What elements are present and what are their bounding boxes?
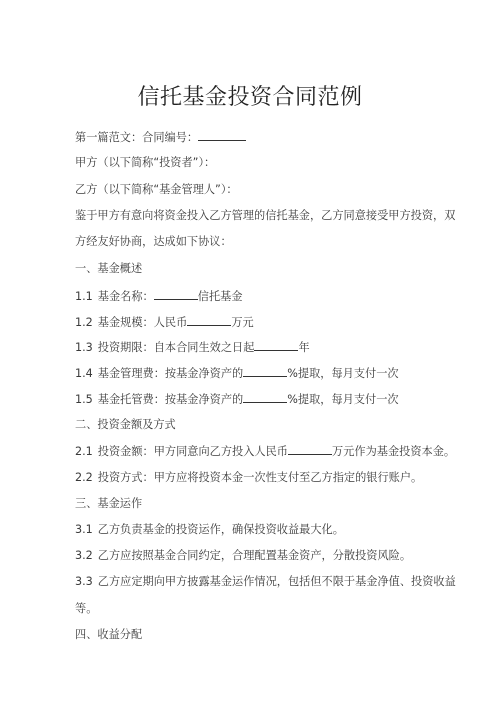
section-heading-2: 二、投资金额及方式: [75, 417, 176, 433]
clause-number: 1.3: [75, 341, 93, 354]
clause-2-1: 2.1投资金额：甲方同意向乙方投入人民币万元作为基金投资本金。: [75, 443, 455, 460]
line-text: 信托基金: [198, 290, 243, 303]
clause-3-3: 3.3乙方应定期向甲方披露基金运作情况，包括但不限于基金净值、投资收益: [75, 574, 456, 590]
clause-3-2: 3.2乙方应按照基金合同约定，合理配置基金资产，分散投资风险。: [75, 548, 411, 564]
blank-field: [154, 288, 198, 300]
line-text: 乙方应按照基金合同约定，合理配置基金资产，分散投资风险。: [98, 549, 411, 562]
line-text: 万元: [231, 316, 253, 329]
heading-text: 三、基金运作: [75, 497, 142, 510]
clause-number: 1.4: [75, 367, 93, 380]
preamble-line-2: 方经友好协商，达成如下协议：: [75, 234, 232, 250]
clause-1-2: 1.2基金规模：人民币万元: [75, 314, 254, 331]
document-title: 信托基金投资合同范例: [0, 84, 500, 112]
party-b-line: 乙方（以下简称“基金管理人”）：: [75, 182, 238, 198]
contract-number-line: 第一篇范文：合同编号：: [75, 129, 246, 146]
section-heading-4: 四、收益分配: [75, 627, 142, 643]
blank-field: [198, 129, 246, 141]
preamble-line-1: 鉴于甲方有意向将资金投入乙方管理的信托基金，乙方同意接受甲方投资，双: [75, 208, 455, 224]
line-text: 甲方（以下简称“投资者”）：: [75, 156, 215, 169]
heading-text: 四、收益分配: [75, 628, 142, 641]
clause-1-5: 1.5基金托管费：按基金净资产的%提取，每月支付一次: [75, 391, 399, 408]
blank-field: [243, 365, 287, 377]
line-text: %提取，每月支付一次: [287, 367, 398, 380]
line-text: 基金规模：人民币: [98, 316, 188, 329]
line-text: 投资方式：甲方应将投资本金一次性支付至乙方指定的银行账户。: [98, 471, 422, 484]
heading-text: 二、投资金额及方式: [75, 418, 176, 431]
clause-3-3-continued: 等。: [75, 601, 97, 617]
heading-text: 一、基金概述: [75, 262, 142, 275]
line-text: 第一篇范文：合同编号：: [75, 131, 198, 144]
line-text: 乙方负责基金的投资运作，确保投资收益最大化。: [98, 523, 344, 536]
line-text: 等。: [75, 602, 97, 615]
line-text: 基金名称：: [98, 290, 154, 303]
clause-number: 1.2: [75, 316, 93, 329]
clause-1-4: 1.4基金管理费：按基金净资产的%提取，每月支付一次: [75, 365, 399, 382]
clause-3-1: 3.1乙方负责基金的投资运作，确保投资收益最大化。: [75, 522, 344, 538]
clause-number: 1.5: [75, 393, 93, 406]
line-text: 投资期限：自本合同生效之日起: [98, 341, 255, 354]
document-page: 信托基金投资合同范例 第一篇范文：合同编号： 甲方（以下简称“投资者”）： 乙方…: [0, 0, 500, 707]
section-heading-3: 三、基金运作: [75, 496, 142, 512]
blank-field: [254, 339, 298, 351]
clause-1-1: 1.1基金名称：信托基金: [75, 288, 243, 305]
line-text: 万元作为基金投资本金。: [332, 445, 455, 458]
blank-field: [243, 391, 287, 403]
section-heading-1: 一、基金概述: [75, 261, 142, 277]
clause-2-2: 2.2投资方式：甲方应将投资本金一次性支付至乙方指定的银行账户。: [75, 470, 422, 486]
line-text: 方经友好协商，达成如下协议：: [75, 235, 232, 248]
clause-1-3: 1.3投资期限：自本合同生效之日起年: [75, 339, 310, 356]
blank-field: [288, 443, 332, 455]
line-text: 乙方（以下简称“基金管理人”）：: [75, 183, 238, 196]
clause-number: 2.2: [75, 471, 93, 484]
blank-field: [187, 314, 231, 326]
line-text: 基金管理费：按基金净资产的: [98, 367, 243, 380]
line-text: 基金托管费：按基金净资产的: [98, 393, 243, 406]
party-a-line: 甲方（以下简称“投资者”）：: [75, 155, 215, 171]
line-text: 乙方应定期向甲方披露基金运作情况，包括但不限于基金净值、投资收益: [98, 575, 456, 588]
line-text: 投资金额：甲方同意向乙方投入人民币: [98, 445, 288, 458]
line-text: 年: [298, 341, 309, 354]
clause-number: 3.1: [75, 523, 93, 536]
clause-number: 1.1: [75, 290, 93, 303]
line-text: 鉴于甲方有意向将资金投入乙方管理的信托基金，乙方同意接受甲方投资，双: [75, 209, 455, 222]
clause-number: 2.1: [75, 445, 93, 458]
clause-number: 3.3: [75, 575, 93, 588]
clause-number: 3.2: [75, 549, 93, 562]
line-text: %提取，每月支付一次: [287, 393, 398, 406]
